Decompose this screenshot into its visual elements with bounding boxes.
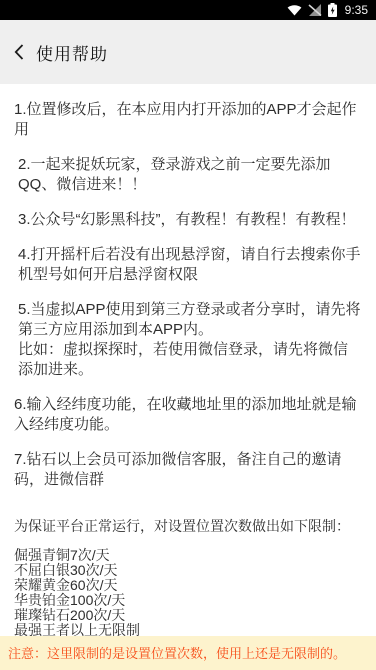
back-chevron-icon	[14, 44, 24, 60]
page-title: 使用帮助	[36, 40, 108, 65]
status-time: 9:35	[345, 0, 368, 20]
limit-tier-diamond: 璀璨钻石200次/天	[14, 608, 362, 623]
header: 使用帮助	[0, 20, 376, 84]
no-signal-icon	[308, 4, 322, 16]
help-paragraph-3: 3.公众号“幻影黑科技”，有教程！有教程！有教程！	[14, 210, 362, 230]
limit-tier-gold: 荣耀黄金60次/天	[14, 578, 362, 593]
app-screen: 9:35 使用帮助 1.位置修改后，在本应用内打开添加的APP才会起作用 2.一…	[0, 0, 376, 670]
limits-intro: 为保证平台正常运行，对设置位置次数做出如下限制：	[14, 516, 362, 536]
limit-tier-silver: 不屈白银30次/天	[14, 563, 362, 578]
help-paragraph-4: 4.打开摇杆后若没有出现悬浮窗，请自行去搜索你手机型号如何开启悬浮窗权限	[14, 245, 362, 285]
help-paragraph-5: 5.当虚拟APP使用到第三方登录或者分享时，请先将第三方应用添加到本APP内。 …	[14, 300, 362, 380]
wifi-icon	[287, 4, 302, 16]
limits-list: 倔强青铜7次/天 不屈白银30次/天 荣耀黄金60次/天 华贵铂金100次/天 …	[14, 548, 362, 638]
help-paragraph-2: 2.一起来捉妖玩家，登录游戏之前一定要先添加QQ、微信进来！！	[14, 155, 362, 195]
notice-bar: 注意：这里限制的是设置位置次数，使用上还是无限制的。	[0, 636, 376, 670]
help-paragraph-7: 7.钻石以上会员可添加微信客服，备注自己的邀请码，进微信群	[14, 450, 362, 490]
status-bar: 9:35	[0, 0, 376, 20]
limit-tier-platinum: 华贵铂金100次/天	[14, 593, 362, 608]
battery-charging-icon	[328, 3, 337, 17]
back-button[interactable]	[14, 40, 30, 64]
help-paragraph-6: 6.输入经纬度功能，在收藏地址里的添加地址就是输入经纬度功能。	[14, 395, 362, 435]
help-content: 1.位置修改后，在本应用内打开添加的APP才会起作用 2.一起来捉妖玩家，登录游…	[0, 84, 376, 638]
help-paragraph-1: 1.位置修改后，在本应用内打开添加的APP才会起作用	[14, 100, 362, 140]
limit-tier-bronze: 倔强青铜7次/天	[14, 548, 362, 563]
notice-text: 注意：这里限制的是设置位置次数，使用上还是无限制的。	[8, 646, 346, 661]
